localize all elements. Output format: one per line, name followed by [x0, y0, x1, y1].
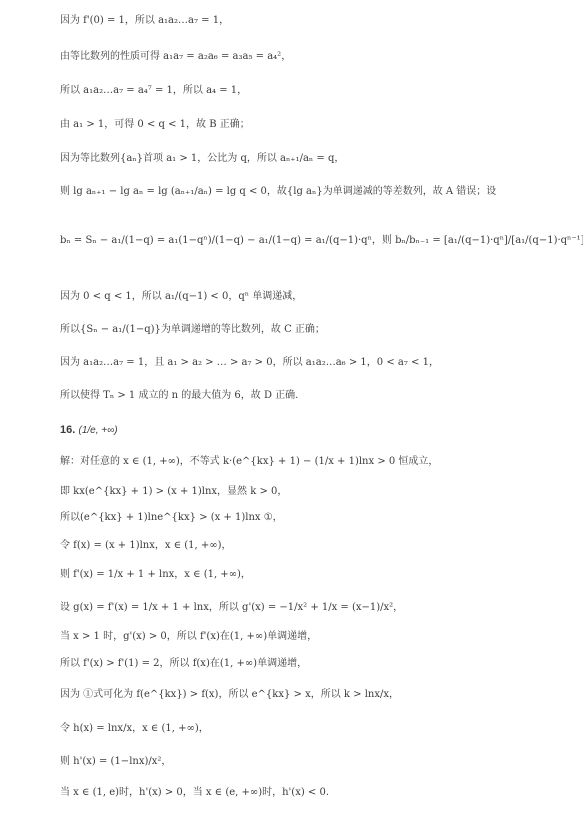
text-line: 由 a₁ > 1，可得 0 < q < 1，故 B 正确； — [60, 118, 250, 132]
question-16-heading: 16. (1/e, +∞) — [60, 423, 118, 438]
solution-line: 即 kx(e^{kx} + 1) > (x + 1)lnx，显然 k > 0， — [60, 485, 287, 499]
solution-line: 令 h(x) = lnx/x，x ∈ (1, +∞)， — [60, 722, 209, 736]
text-line: 则 lg aₙ₊₁ − lg aₙ = lg (aₙ₊₁/aₙ) = lg q … — [60, 185, 496, 199]
text-line: 所以 a₁a₂…a₇ = a₄⁷ = 1，所以 a₄ = 1， — [60, 84, 247, 98]
text-line: 所以使得 Tₙ > 1 成立的 n 的最大值为 6，故 D 正确. — [60, 389, 298, 403]
text-line: 因为 0 < q < 1，所以 a₁/(q−1) < 0，qⁿ 单调递减， — [60, 290, 302, 304]
text-line: bₙ = Sₙ − a₁/(1−q) = a₁(1−qⁿ)/(1−q) − a₁… — [60, 234, 583, 248]
solution-line: 所以 f'(x) > f'(1) = 2，所以 f(x)在(1, +∞)单调递增… — [60, 657, 307, 671]
text-line: 因为 f'(0) = 1，所以 a₁a₂…a₇ = 1， — [60, 14, 229, 28]
solution-line: 设 g(x) = f'(x) = 1/x + 1 + lnx，所以 g'(x) … — [60, 601, 403, 615]
solution-line: 则 h'(x) = (1−lnx)/x²， — [60, 755, 171, 769]
text-line: 因为等比数列{aₙ}首项 a₁ > 1，公比为 q，所以 aₙ₊₁/aₙ = q… — [60, 152, 344, 166]
text-line: 由等比数列的性质可得 a₁a₇ = a₂a₆ = a₃a₅ = a₄²， — [60, 50, 291, 64]
solution-line: 解：对任意的 x ∈ (1, +∞)，不等式 k·(e^{kx} + 1) − … — [60, 455, 438, 469]
text-line: 因为 a₁a₂…a₇ = 1，且 a₁ > a₂ > … > a₇ > 0，所以… — [60, 356, 439, 370]
solution-line: 因为 ①式可化为 f(e^{kx}) > f(x)，所以 e^{kx} > x，… — [60, 688, 399, 702]
text-line: 所以{Sₙ − a₁/(1−q)}为单调递增的等比数列，故 C 正确； — [60, 323, 325, 337]
solution-line: 当 x > 1 时，g'(x) > 0，所以 f'(x)在(1, +∞)单调递增… — [60, 630, 317, 644]
question-number: 16. — [60, 424, 75, 436]
solution-line: 令 f(x) = (x + 1)lnx，x ∈ (1, +∞)， — [60, 539, 232, 553]
question-answer: (1/e, +∞) — [78, 425, 117, 436]
solution-line: 则 f'(x) = 1/x + 1 + lnx，x ∈ (1, +∞)， — [60, 568, 251, 582]
solution-line: 当 x ∈ (1, e)时，h'(x) > 0，当 x ∈ (e, +∞)时，h… — [60, 786, 329, 800]
solution-line: 所以(e^{kx} + 1)lne^{kx} > (x + 1)lnx ①， — [60, 511, 283, 525]
